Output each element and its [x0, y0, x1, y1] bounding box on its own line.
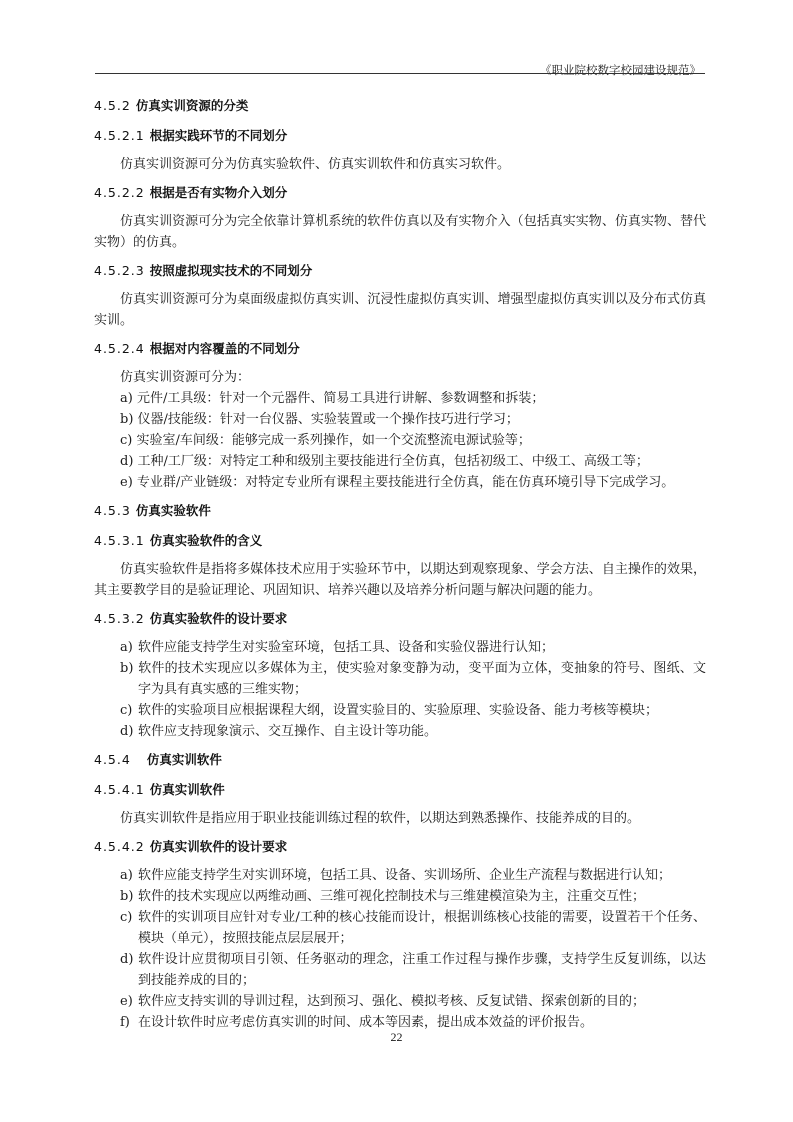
- paragraph: 仿真实验软件是指将多媒体技术应用于实验环节中，以期达到观察现象、学会方法、自主操…: [94, 559, 706, 601]
- list-item: b) 仪器/技能级：针对一台仪器、实验装置或一个操作技巧进行学习；: [94, 409, 706, 430]
- section-heading-4-5-2: 4.5.2仿真实训资源的分类: [94, 96, 706, 116]
- list-item: e) 专业群/产业链级：对特定专业所有课程主要技能进行全仿真，能在仿真环境引导下…: [94, 472, 706, 493]
- experiment-requirements-list: a)软件应能支持学生对实验室环境，包括工具、设备和实验仪器进行认知； b)软件的…: [94, 637, 706, 742]
- paragraph: 仿真实训资源可分为完全依靠计算机系统的软件仿真以及有实物介入（包括真实实物、仿真…: [94, 211, 706, 253]
- list-item: a) 元件/工具级：针对一个元器件、简易工具进行讲解、参数调整和拆装；: [94, 388, 706, 409]
- list-item: c)软件的实训项目应针对专业/工种的核心技能而设计，根据训练核心技能的需要，设置…: [94, 907, 706, 949]
- list-item: d)软件设计应贯彻项目引领、任务驱动的理念，注重工作过程与操作步骤，支持学生反复…: [94, 949, 706, 991]
- list-item: e)软件应支持实训的导训过程，达到预习、强化、模拟考核、反复试错、探索创新的目的…: [94, 991, 706, 1012]
- page-number: 22: [0, 1030, 793, 1045]
- page-content: 4.5.2仿真实训资源的分类 4.5.2.1根据实践环节的不同划分 仿真实训资源…: [94, 96, 706, 1041]
- section-heading-4-5-3-2: 4.5.3.2仿真实验软件的设计要求: [94, 609, 706, 629]
- list-item: a)软件应能支持学生对实训环境，包括工具、设备、实训场所、企业生产流程与数据进行…: [94, 865, 706, 886]
- list-item: b)软件的技术实现应以多媒体为主，使实验对象变静为动，变平面为立体，变抽象的符号…: [94, 658, 706, 700]
- list-item: d) 工种/工厂级：对特定工种和级别主要技能进行全仿真，包括初级工、中级工、高级…: [94, 451, 706, 472]
- section-heading-4-5-2-4: 4.5.2.4根据对内容覆盖的不同划分: [94, 339, 706, 359]
- section-heading-4-5-4-2: 4.5.4.2仿真实训软件的设计要求: [94, 837, 706, 857]
- list-item: c)软件的实验项目应根据课程大纲，设置实验目的、实验原理、实验设备、能力考核等模…: [94, 700, 706, 721]
- paragraph: 仿真实训软件是指应用于职业技能训练过程的软件，以期达到熟悉操作、技能养成的目的。: [94, 808, 706, 829]
- list-intro: 仿真实训资源可分为：: [94, 367, 706, 388]
- section-heading-4-5-2-2: 4.5.2.2根据是否有实物介入划分: [94, 183, 706, 203]
- list-item: a)软件应能支持学生对实验室环境，包括工具、设备和实验仪器进行认知；: [94, 637, 706, 658]
- section-heading-4-5-2-3: 4.5.2.3按照虚拟现实技术的不同划分: [94, 261, 706, 281]
- section-heading-4-5-3: 4.5.3仿真实验软件: [94, 501, 706, 521]
- document-header-title: 《职业院校数字校园建设规范》: [540, 62, 701, 78]
- list-item: b)软件的技术实现应以两维动画、三维可视化控制技术与三维建模渲染为主，注重交互性…: [94, 886, 706, 907]
- list-item: d)软件应支持现象演示、交互操作、自主设计等功能。: [94, 721, 706, 742]
- header-rule: [95, 73, 705, 74]
- section-heading-4-5-4: 4.5.4仿真实训软件: [94, 750, 706, 770]
- section-heading-4-5-4-1: 4.5.4.1仿真实训软件: [94, 780, 706, 800]
- training-requirements-list: a)软件应能支持学生对实训环境，包括工具、设备、实训场所、企业生产流程与数据进行…: [94, 865, 706, 1033]
- content-coverage-list: a) 元件/工具级：针对一个元器件、简易工具进行讲解、参数调整和拆装； b) 仪…: [94, 388, 706, 493]
- section-heading-4-5-3-1: 4.5.3.1仿真实验软件的含义: [94, 531, 706, 551]
- section-heading-4-5-2-1: 4.5.2.1根据实践环节的不同划分: [94, 126, 706, 146]
- paragraph: 仿真实训资源可分为仿真实验软件、仿真实训软件和仿真实习软件。: [94, 154, 706, 175]
- list-item: c) 实验室/车间级：能够完成一系列操作，如一个交流整流电源试验等；: [94, 430, 706, 451]
- paragraph: 仿真实训资源可分为桌面级虚拟仿真实训、沉浸性虚拟仿真实训、增强型虚拟仿真实训以及…: [94, 289, 706, 331]
